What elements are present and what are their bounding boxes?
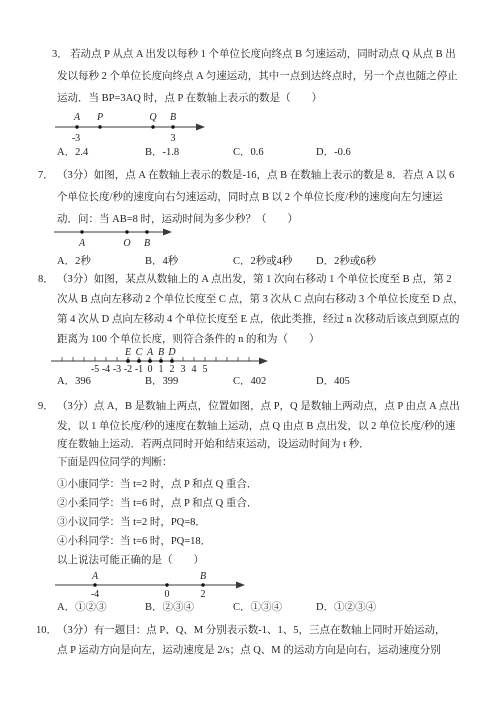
tick-label: 3 xyxy=(181,364,186,375)
point-label: D xyxy=(167,347,176,358)
tick-label: 2 xyxy=(201,589,206,600)
question-number: 3． xyxy=(52,44,68,66)
tick-label: -5 xyxy=(91,364,99,375)
tick-label: -1 xyxy=(135,364,143,375)
q3-number-line-diagram: A P Q B -3 3 xyxy=(53,106,213,146)
option-c: C．0.6 xyxy=(233,142,264,164)
question-text-line: 发以每秒 2 个单位长度向终点 A 匀速运动，其中一点到达终点时，另一个点也随之… xyxy=(57,66,458,88)
option-c: C．①③④ xyxy=(233,597,282,619)
option-a: A．396 xyxy=(57,371,91,393)
option-b: B．399 xyxy=(145,371,178,393)
point-label: B xyxy=(158,347,164,358)
tick-label: 5 xyxy=(203,364,208,375)
option-d: D．-0.6 xyxy=(316,142,351,164)
question-text-line: （3分）如图，某点从数轴上的 A 点出发，第 1 次向右移动 1 个单位长度至 … xyxy=(57,269,452,291)
point-label: B xyxy=(170,112,176,123)
question-text-line: 个单位长度/秒的速度向右匀速运动，同时点 B 以 2 个单位长度/秒的速度向左匀… xyxy=(57,187,443,209)
option-b: B．-1.8 xyxy=(145,142,179,164)
tick-label: -4 xyxy=(102,364,110,375)
point-label: C xyxy=(136,347,143,358)
question-text-line: （3分）点 A，B 是数轴上两点，位置如图，点 P，Q 是数轴上两动点，点 P … xyxy=(57,396,460,418)
point-label: A xyxy=(73,112,81,123)
question-number: 9． xyxy=(38,396,54,418)
option-a: A．2.4 xyxy=(57,142,88,164)
point-label: A xyxy=(91,571,99,582)
tick-label: -2 xyxy=(124,364,132,375)
option-d: D．①②③④ xyxy=(316,597,376,619)
question-text-line: （3分）如图，点 A 在数轴上表示的数是-16，点 B 在数轴上表示的数是 8．… xyxy=(57,165,454,187)
question-number: 8． xyxy=(38,269,54,291)
point-label: B xyxy=(144,238,150,249)
option-a: A．①②③ xyxy=(57,597,107,619)
worksheet-page: 3． 若动点 P 从点 A 出发以每秒 1 个单位长度向终点 B 匀速运动，同时… xyxy=(0,0,500,707)
tick-label: 4 xyxy=(192,364,197,375)
question-text-line: 第 4 次从 D 点向左移动 4 个单位长度至 E 点，依此类推，经过 n 次移… xyxy=(57,309,460,331)
q8-ticks xyxy=(62,357,249,361)
point-label: A xyxy=(78,238,86,249)
q7-number-line-diagram: A O B xyxy=(52,222,182,250)
question-number: 7． xyxy=(38,165,54,187)
point-label: O xyxy=(123,238,130,249)
question-number: 10． xyxy=(36,620,57,642)
point-label: A xyxy=(146,347,154,358)
question-text-line: 若动点 P 从点 A 出发以每秒 1 个单位长度向终点 B 匀速运动，同时动点 … xyxy=(70,44,456,66)
point-label: Q xyxy=(149,112,157,123)
question-text-line: 下面是四位同学的判断： xyxy=(57,452,173,474)
question-text-line: （3分）有一题目：点 P、Q、M 分别表示数-1、1、5，三点在数轴上同时开始运… xyxy=(57,620,446,642)
point-label: P xyxy=(96,112,103,123)
question-text-line: 次从 B 点向左移动 2 个单位长度至 C 点，第 3 次从 C 点向右移动 3… xyxy=(57,289,464,311)
question-text-line: 点 P 运动方向是向左，运动速度是 2/s；点 Q、M 的运动方向是向右，运动速… xyxy=(57,640,441,662)
point-label: B xyxy=(200,571,206,582)
tick-label: -3 xyxy=(113,364,121,375)
option-d: D．405 xyxy=(316,371,350,393)
point-label: E xyxy=(124,347,131,358)
option-b: B．②③④ xyxy=(145,597,194,619)
option-c: C．402 xyxy=(233,371,266,393)
